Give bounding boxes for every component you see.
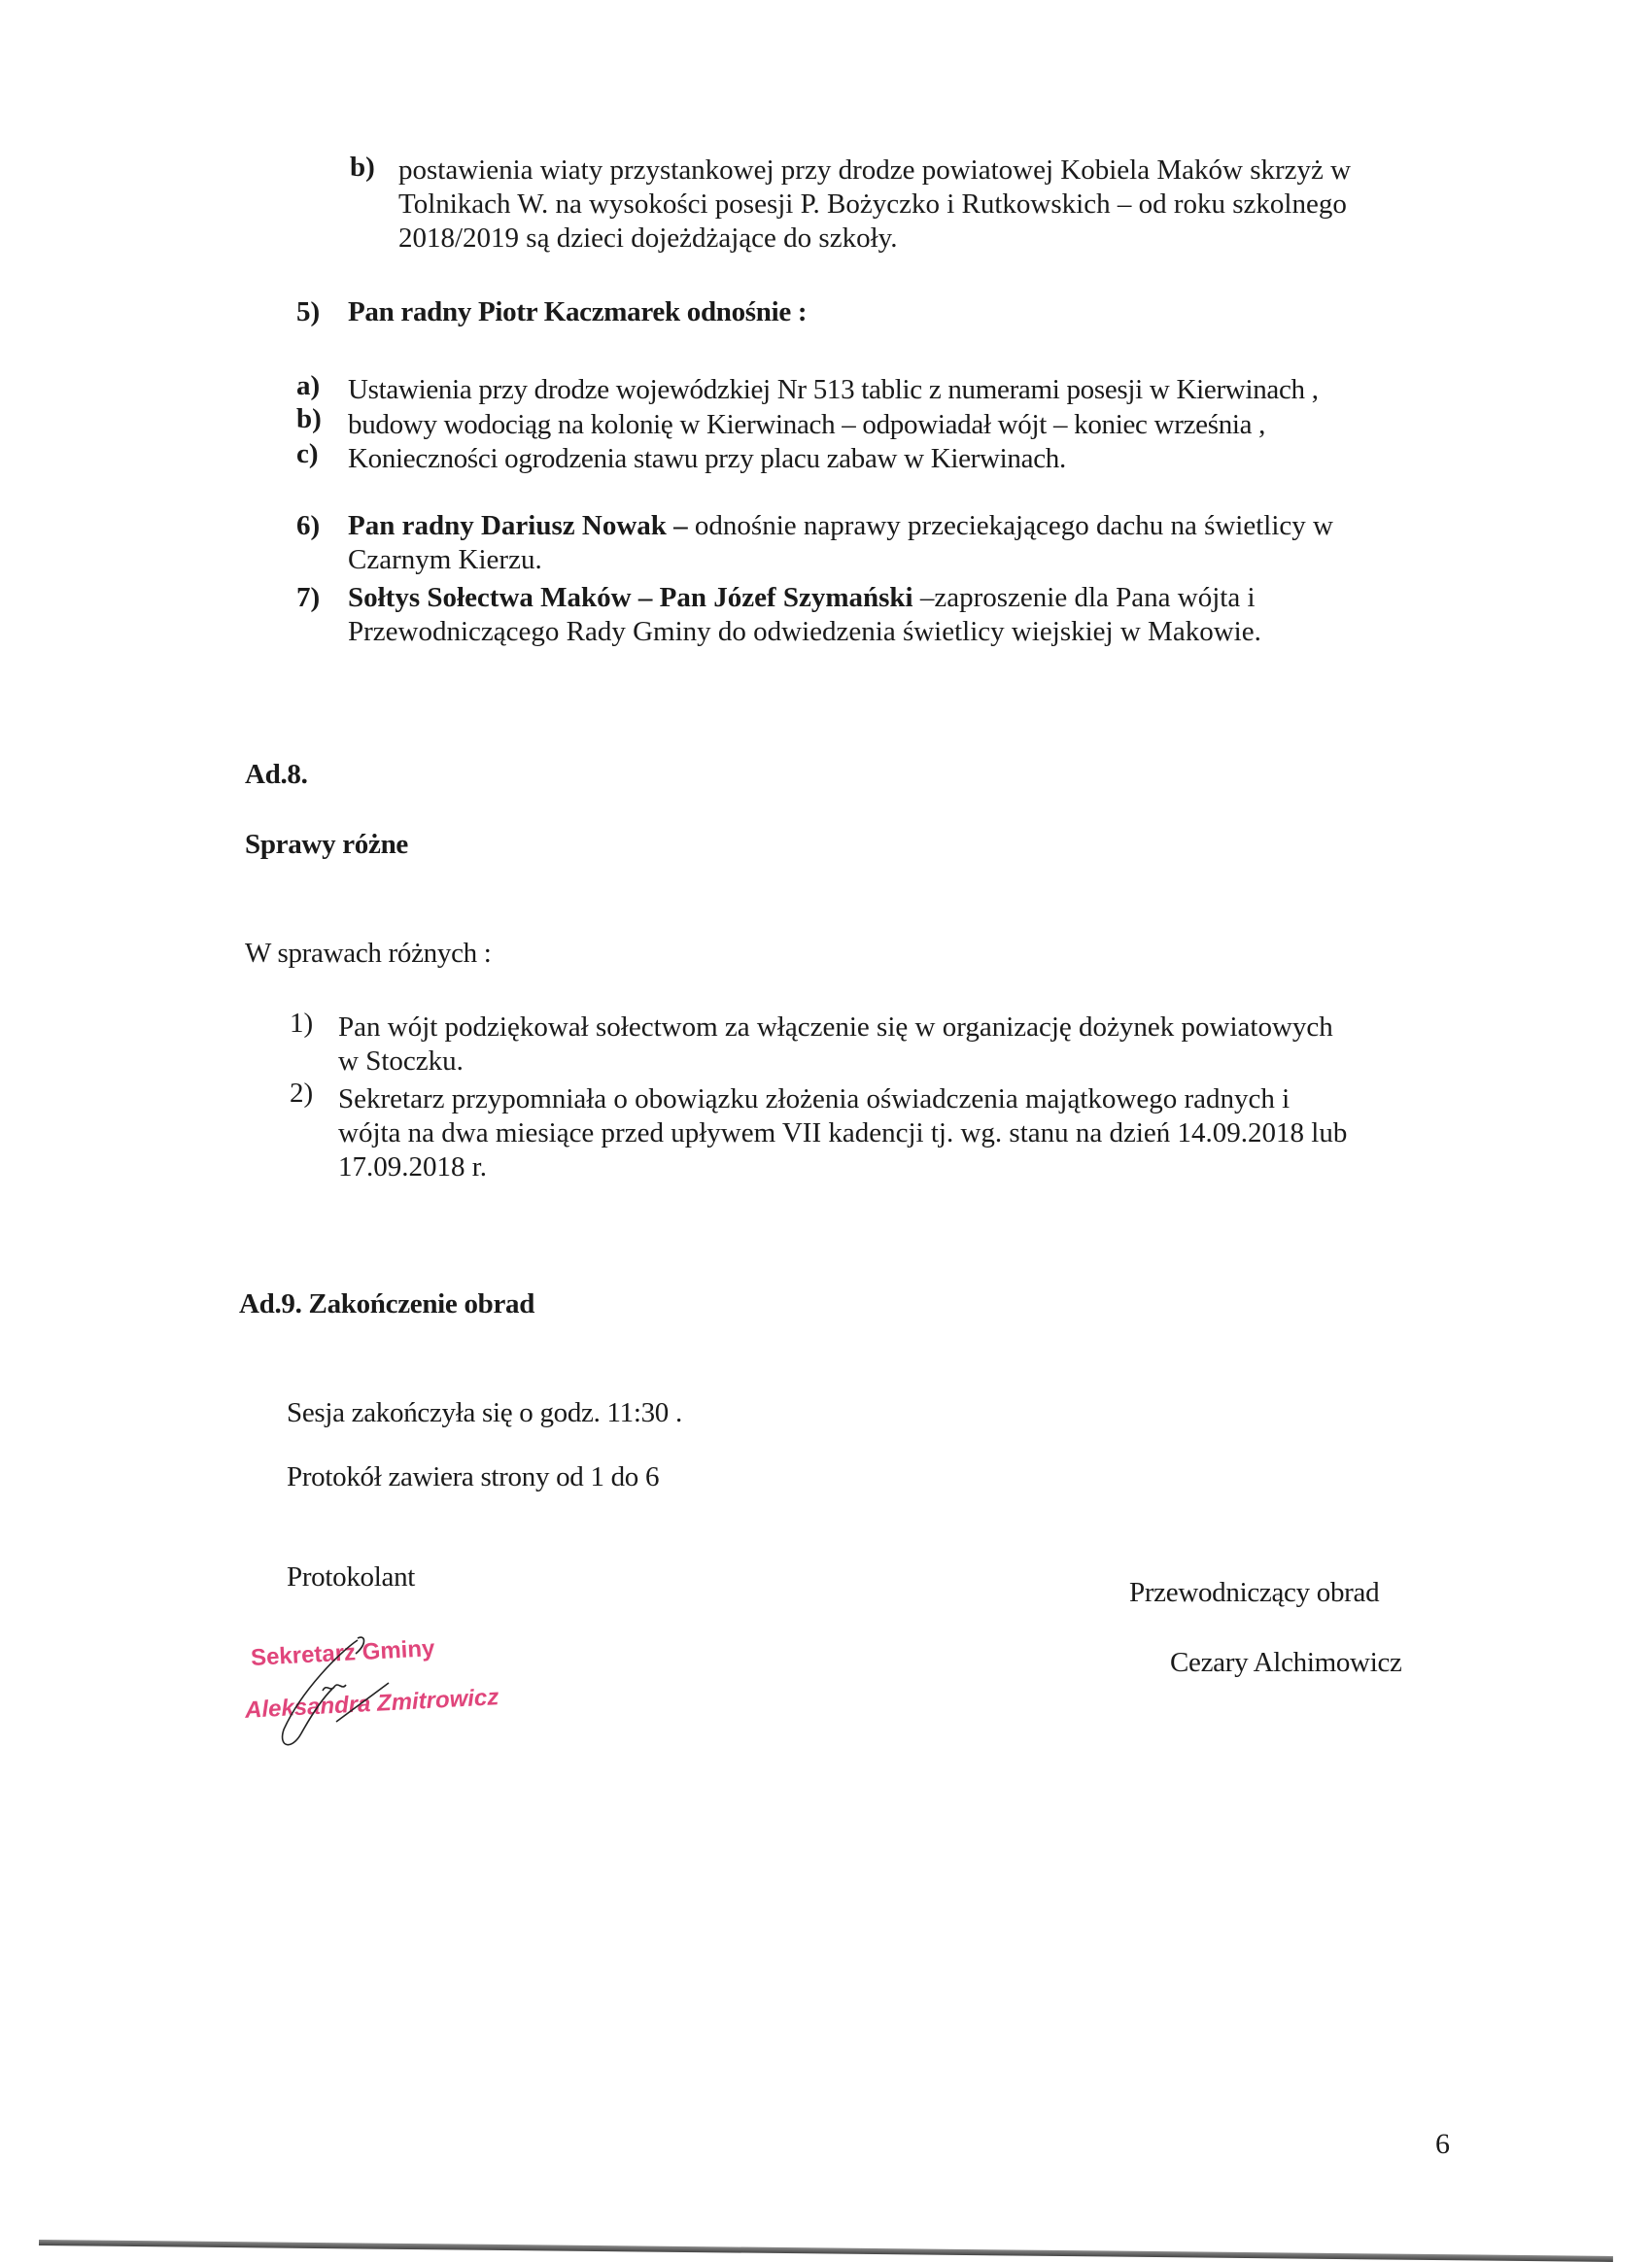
ad8-number: Ad.8. [245,758,308,792]
ad8-item-1-text: Pan wójt podziękował sołectwom za włącze… [338,1011,1333,1079]
item-5c-label: c) [296,437,319,471]
item-6-text: Pan radny Dariusz Nowak – odnośnie napra… [348,509,1333,577]
item-5b-text: budowy wodociąg na kolonię w Kierwinach … [348,408,1265,442]
item-b-text: postawienia wiaty przystankowej przy dro… [398,154,1351,256]
page-number: 6 [1435,2128,1450,2161]
session-end-text: Sesja zakończyła się o godz. 11:30 . [287,1396,682,1430]
item-5-number: 5) [296,295,320,329]
ad8-title: Sprawy różne [245,828,408,862]
ad9-heading: Ad.9. Zakończenie obrad [239,1287,534,1321]
pages-info-text: Protokół zawiera strony od 1 do 6 [287,1460,659,1494]
protokolant-label: Protokolant [287,1560,415,1594]
item-7-number: 7) [296,581,320,615]
item-6-number: 6) [296,509,320,543]
ad8-item-2-text: Sekretarz przypomniała o obowiązku złoże… [338,1082,1347,1184]
item-b-label: b) [350,151,375,185]
item-5c-text: Konieczności ogrodzenia stawu przy placu… [348,442,1066,476]
item-5a-text: Ustawienia przy drodze wojewódzkiej Nr 5… [348,373,1319,407]
ad8-item-2-label: 2) [290,1077,313,1111]
item-5b-label: b) [296,402,322,436]
ad8-item-1-label: 1) [290,1007,313,1041]
item-5-heading: Pan radny Piotr Kaczmarek odnośnie : [348,295,807,329]
document-page: b) postawienia wiaty przystankowej przy … [0,0,1652,2262]
item-5a-label: a) [296,369,320,403]
chairman-role: Przewodniczący obrad [1129,1576,1379,1610]
ad8-intro: W sprawach różnych : [245,937,492,971]
item-7-text: Sołtys Sołectwa Maków – Pan Józef Szymań… [348,581,1261,649]
scan-page-edge [39,2240,1613,2262]
chairman-name: Cezary Alchimowicz [1170,1646,1402,1680]
handwritten-signature [243,1632,437,1759]
